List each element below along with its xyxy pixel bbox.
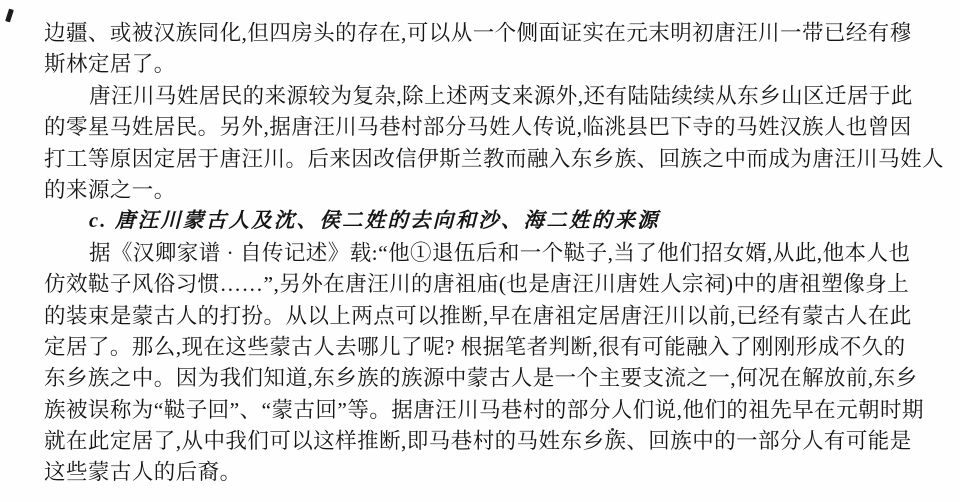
text-line: 东乡族之中。因为我们知道,东乡族的族源中蒙古人是一个主要支流之一,何况在解放前,… xyxy=(44,363,922,394)
scanned-book-page: 边疆、或被汉族同化,但四房头的存在,可以从一个侧面证实在元末明初唐汪川一带已经有… xyxy=(0,0,960,502)
text-line: 这些蒙古人的后裔。 xyxy=(44,457,922,488)
text-line: 定居了。那么,现在这些蒙古人去哪儿了呢? 根据笔者判断,很有可能融入了刚刚形成不… xyxy=(44,332,922,363)
text-line: 的零星马姓居民。另外,据唐汪川马巷村部分马姓人传说,临洮县巴下寺的马姓汉族人也曾… xyxy=(44,112,922,143)
section-heading: c. 唐汪川蒙古人及沈、侯二姓的去向和沙、海二姓的来源 xyxy=(44,206,922,237)
text-line: 斯林定居了。 xyxy=(44,49,922,80)
page-text-block: 边疆、或被汉族同化,但四房头的存在,可以从一个侧面证实在元末明初唐汪川一带已经有… xyxy=(44,18,922,489)
text-line: 的来源之一。 xyxy=(44,175,922,206)
text-line: 边疆、或被汉族同化,但四房头的存在,可以从一个侧面证实在元末明初唐汪川一带已经有… xyxy=(44,18,922,49)
text-line: 族被误称为“鞑子回”、“蒙古回”等。据唐汪川马巷村的部分人们说,他们的祖先早在元… xyxy=(44,395,922,426)
text-line: 唐汪川马姓居民的来源较为复杂,除上述两支来源外,还有陆陆续续从东乡山区迁居于此 xyxy=(44,81,922,112)
text-line: 就在此定居了,从中我们可以这样推断,即马巷村的马姓东乡族、回族中的一部分人有可能… xyxy=(44,426,922,457)
text-line: 的装束是蒙古人的打扮。从以上两点可以推断,早在唐祖定居唐汪川以前,已经有蒙古人在… xyxy=(44,301,922,332)
text-line: 打工等原因定居于唐汪川。后来因改信伊斯兰教而融入东乡族、回族之中而成为唐汪川马姓… xyxy=(44,144,922,175)
scan-artifact-mark xyxy=(5,9,14,23)
text-line: 据《汉卿家谱 · 自传记述》载:“他①退伍后和一个鞑子,当了他们招女婿,从此,他… xyxy=(44,238,922,269)
text-line: 仿效鞑子风俗习惯……”,另外在唐汪川的唐祖庙(也是唐汪川唐姓人宗祠)中的唐祖塑像… xyxy=(44,269,922,300)
